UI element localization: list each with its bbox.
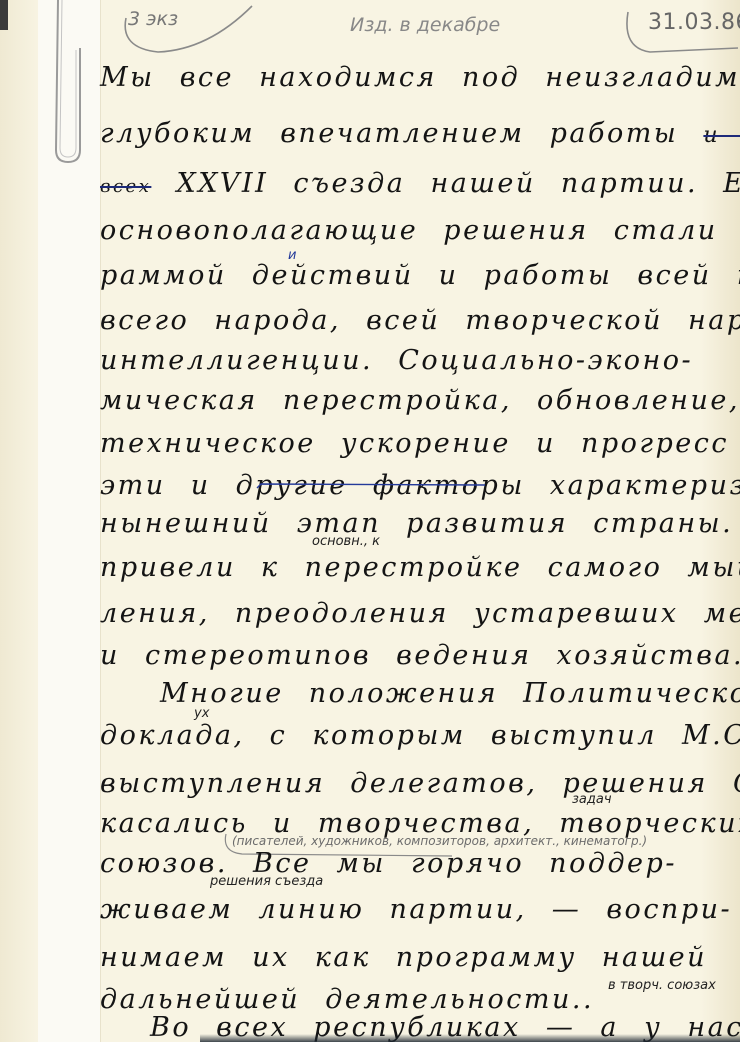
text-line-15: Многие положения Политического: [160, 678, 726, 709]
text-line-11: нынешний этап развития страны. Они: [100, 508, 726, 539]
text-line-3-main: XXVII съезда нашей партии. Его: [176, 168, 740, 199]
blue-underline: [255, 480, 495, 496]
text-line-2-main: глубоким впечатлением работы: [100, 118, 678, 149]
text-line-17: выступления делегатов, решения Съезда: [100, 768, 726, 799]
insertion-above-line-18: задач: [572, 792, 612, 807]
text-line-13: ления, преодоления устаревших методов: [100, 598, 726, 629]
publication-note: Изд. в декабре: [350, 14, 500, 36]
manuscript-page: 3 экз Изд. в декабре 31.03.86 Мы все нах…: [0, 0, 740, 1042]
text-line-8: мическая перестройка, обновление, научно…: [100, 385, 726, 416]
scan-bottom-edge: [200, 1034, 740, 1042]
text-line-19: союзов. Все мы горячо поддер-: [100, 848, 726, 879]
struck-text: и решени: [703, 123, 740, 148]
text-line-4: основополагающие решения стали прог-: [100, 215, 726, 246]
text-line-14: и стереотипов ведения хозяйства.: [100, 640, 726, 671]
text-line-20: живаем линию партии, — воспри-: [100, 894, 726, 925]
scan-edge: [0, 0, 8, 30]
text-line-22: дальнейшей деятельности..: [100, 984, 726, 1015]
text-line-21: нимаем их как программу нашей: [100, 942, 726, 973]
text-line-5: раммой действий и работы всей партии,: [100, 260, 726, 291]
insertion-text: основн., к: [312, 534, 380, 549]
text-line-1: Мы все находимся под неизгладимым: [100, 62, 726, 93]
text-line-12: привели к перестройке самого мыш-: [100, 552, 726, 583]
struck-text: всех: [100, 176, 151, 197]
insertion-above-line-20: решения съезда: [210, 874, 323, 889]
pencil-curve-right: [620, 8, 740, 56]
pencil-curve-left: [118, 4, 258, 56]
text-line-16: доклада, с которым выступил М.С. Горбаче…: [100, 720, 726, 751]
insertion-above-line-12: основн., к: [312, 534, 380, 549]
paperclip-icon: [46, 0, 92, 165]
text-line-6: всего народа, всей творческой народной: [100, 305, 726, 336]
text-line-3: всех XXVII съезда нашей партии. Его: [100, 168, 726, 199]
text-line-9: техническое ускорение и прогресс —: [100, 428, 726, 459]
text-line-2: глубоким впечатлением работы и решени: [100, 118, 726, 149]
text-line-7: интеллигенции. Социально-эконо-: [100, 345, 726, 376]
insertion-above-line-16: ух: [194, 706, 209, 721]
